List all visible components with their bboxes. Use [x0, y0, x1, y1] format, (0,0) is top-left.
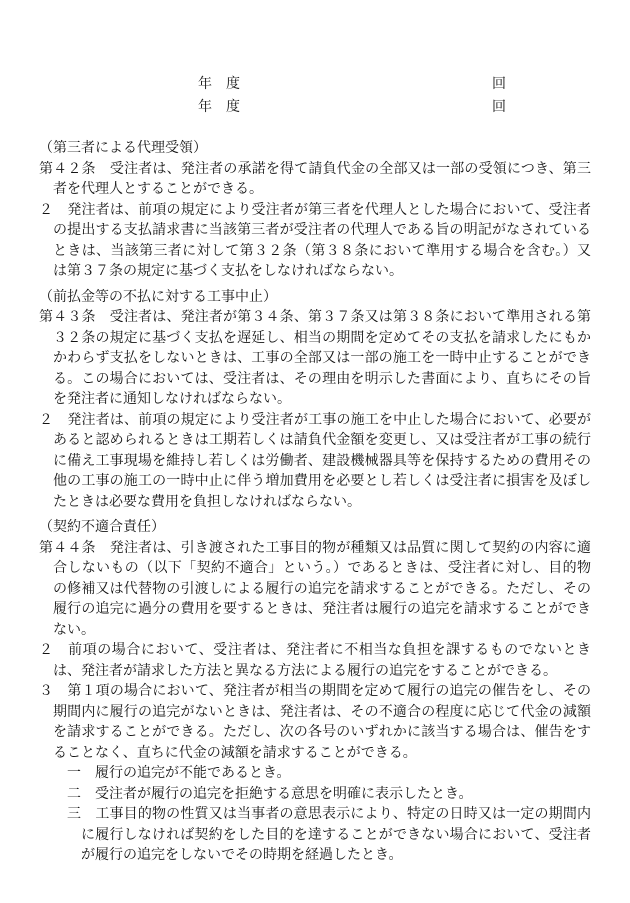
section-heading: （第三者による代理受領）: [39, 139, 591, 160]
contract-sections: （第三者による代理受領） 第４２条 受注者は、発注者の承諾を得て請負代金の全部又…: [39, 139, 591, 867]
contract-section: （第三者による代理受領） 第４２条 受注者は、発注者の承諾を得て請負代金の全部又…: [39, 139, 591, 283]
document-page: 年 度 回 年 度 回 （第三者による代理受領） 第４２条 受注者は、発注者の承…: [0, 0, 630, 903]
form-row-suffix: 回: [492, 97, 506, 120]
form-row: 年 度 回: [39, 97, 591, 120]
section-heading: （契約不適合責任）: [39, 518, 591, 539]
list-item: 二 受注者が履行の追完を拒絶する意思を明確に表示したとき。: [39, 785, 591, 806]
list-item: 一 履行の追完が不能であるとき。: [39, 764, 591, 785]
paragraph: ２ 前項の場合において、受注者は、発注者に不相当な負担を課するものでないときは、…: [39, 641, 591, 682]
form-row: 年 度 回: [39, 74, 591, 97]
paragraph: ３ 第１項の場合において、発注者が相当の期間を定めて履行の追完の催告をし、その期…: [39, 682, 591, 764]
paragraph: ２ 発注者は、前項の規定により受注者が第三者を代理人とした場合において、受注者の…: [39, 201, 591, 283]
form-row-label: 年 度: [198, 74, 240, 97]
paragraph: 第４４条 発注者は、引き渡された工事目的物が種類又は品質に関して契約の内容に適合…: [39, 539, 591, 642]
list-item: 三 工事目的物の性質又は当事者の意思表示により、特定の日時又は一定の期間内に履行…: [39, 805, 591, 867]
document-content: 年 度 回 年 度 回 （第三者による代理受領） 第４２条 受注者は、発注者の承…: [0, 0, 630, 867]
form-row-suffix: 回: [492, 74, 506, 97]
form-row-label: 年 度: [198, 97, 240, 120]
form-lines: 年 度 回 年 度 回: [39, 74, 591, 119]
paragraph: 第４３条 受注者は、発注者が第３４条、第３７条又は第３８条において準用される第３…: [39, 308, 591, 411]
paragraph: 第４２条 受注者は、発注者の承諾を得て請負代金の全部又は一部の受領につき、第三者…: [39, 160, 591, 201]
paragraph: ２ 発注者は、前項の規定により受注者が工事の施工を中止した場合において、必要があ…: [39, 411, 591, 514]
contract-section: （契約不適合責任） 第４４条 発注者は、引き渡された工事目的物が種類又は品質に関…: [39, 518, 591, 867]
section-heading: （前払金等の不払に対する工事中止）: [39, 288, 591, 309]
contract-section: （前払金等の不払に対する工事中止） 第４３条 受注者は、発注者が第３４条、第３７…: [39, 288, 591, 514]
